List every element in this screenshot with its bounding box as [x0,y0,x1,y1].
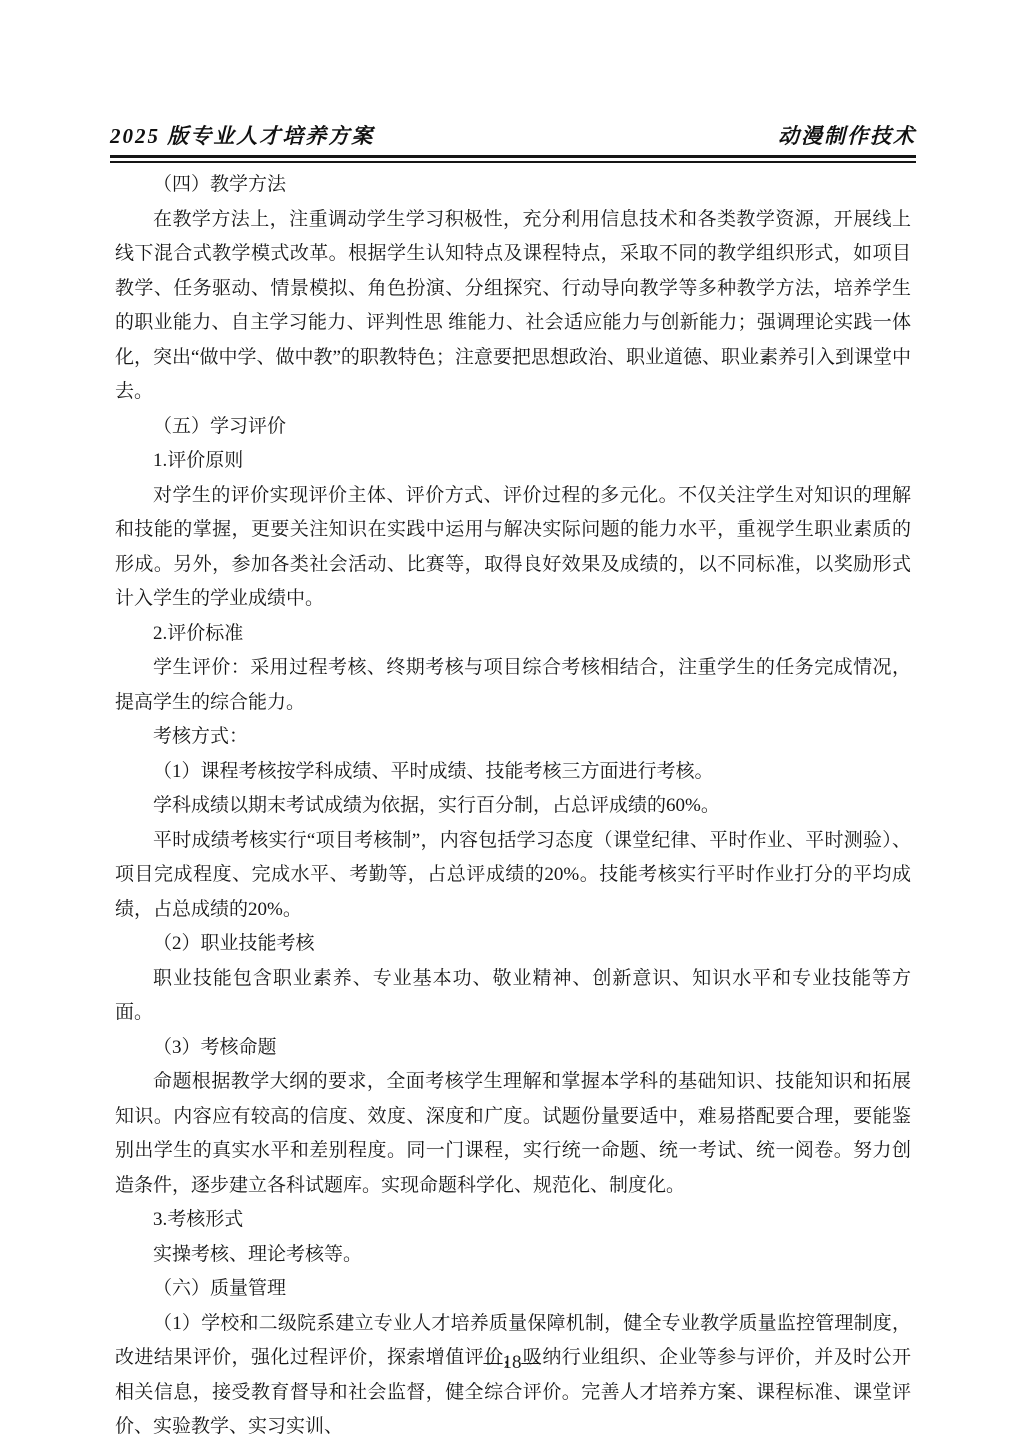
paragraph: 考核方式： [115,720,911,755]
document-body: （四）教学方法在教学方法上，注重调动学生学习积极性，充分利用信息技术和各类教学资… [115,168,911,1445]
paragraph: 学生评价：采用过程考核、终期考核与项目综合考核相结合，注重学生的任务完成情况，提… [115,651,911,720]
page-header: 2025 版专业人才培养方案 动漫制作技术 [110,120,916,163]
paragraph: （四）教学方法 [115,168,911,203]
header-right-title: 动漫制作技术 [778,120,916,150]
header-left-title: 2025 版专业人才培养方案 [110,120,374,150]
header-double-rule [110,155,916,163]
paragraph: （1）学校和二级院系建立专业人才培养质量保障机制，健全专业教学质量监控管理制度，… [115,1307,911,1445]
page-number: —18— [484,1352,541,1373]
paragraph: （六）质量管理 [115,1272,911,1307]
paragraph: 在教学方法上，注重调动学生学习积极性，充分利用信息技术和各类教学资源，开展线上线… [115,203,911,410]
document-page: 2025 版专业人才培养方案 动漫制作技术 （四）教学方法在教学方法上，注重调动… [0,0,1024,1448]
paragraph: 实操考核、理论考核等。 [115,1238,911,1273]
paragraph: 对学生的评价实现评价主体、评价方式、评价过程的多元化。不仅关注学生对知识的理解和… [115,479,911,617]
paragraph: 职业技能包含职业素养、专业基本功、敬业精神、创新意识、知识水平和专业技能等方面。 [115,962,911,1031]
paragraph: 2.评价标准 [115,617,911,652]
paragraph: 命题根据教学大纲的要求，全面考核学生理解和掌握本学科的基础知识、技能知识和拓展知… [115,1065,911,1203]
paragraph: 3.考核形式 [115,1203,911,1238]
page-footer: —18— [0,1352,1024,1374]
paragraph: 平时成绩考核实行“项目考核制”，内容包括学习态度（课堂纪律、平时作业、平时测验）… [115,824,911,928]
paragraph: （1）课程考核按学科成绩、平时成绩、技能考核三方面进行考核。 [115,755,911,790]
paragraph: （3）考核命题 [115,1031,911,1066]
paragraph: 1.评价原则 [115,444,911,479]
paragraph: （2）职业技能考核 [115,927,911,962]
paragraph: （五）学习评价 [115,410,911,445]
paragraph: 学科成绩以期末考试成绩为依据，实行百分制，占总评成绩的60%。 [115,789,911,824]
